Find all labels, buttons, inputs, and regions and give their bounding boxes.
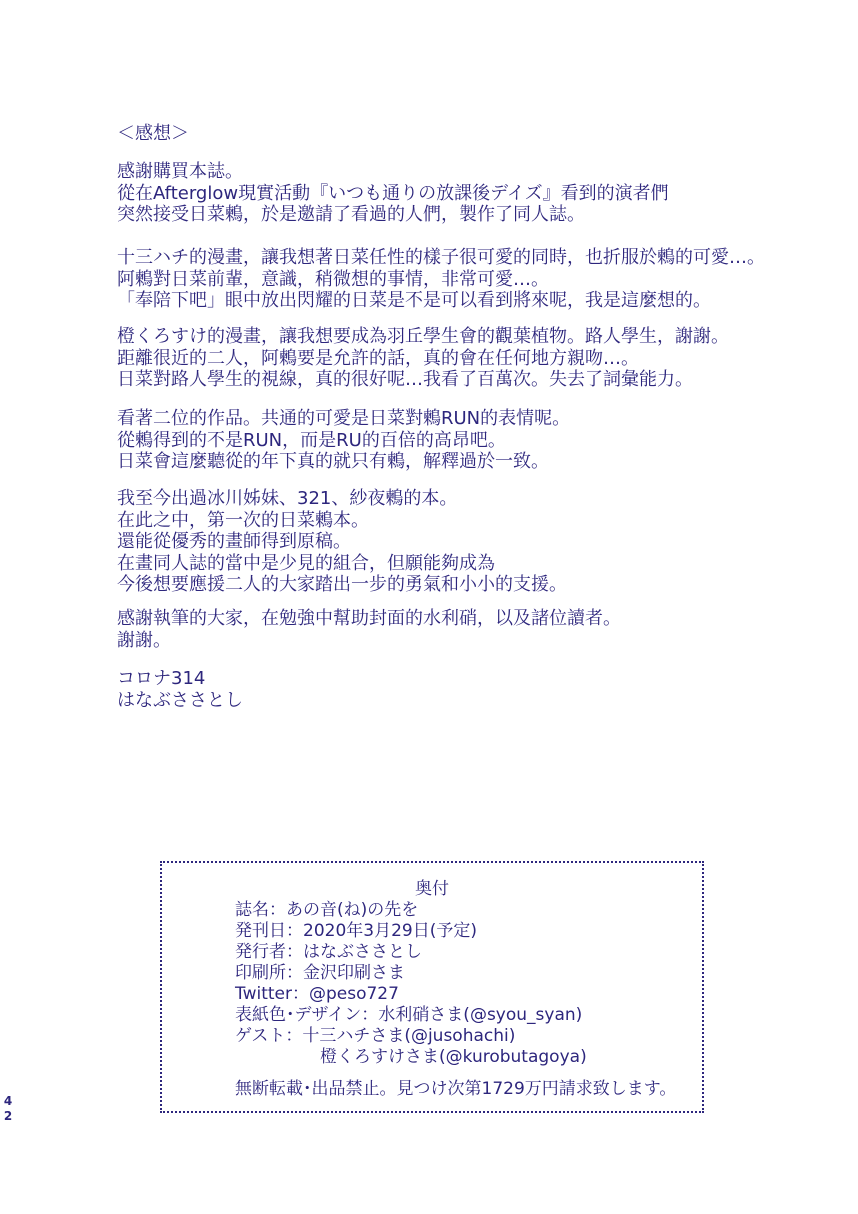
paragraph-history: 我至今出過冰川姊妹、321、紗夜鶫的本。 在此之中，第一次的日菜鶫本。 還能從優… [117, 488, 567, 596]
document-page: ＜感想＞ 感謝購買本誌。 從在Afterglow現實活動『いつも通りの放課後デイ… [0, 0, 858, 1214]
colophon-line-date: 発刊日：2020年3月29日(予定) [162, 921, 702, 942]
section-heading: ＜感想＞ [117, 123, 189, 145]
text-line: 我至今出過冰川姊妹、321、紗夜鶫的本。 [117, 488, 567, 510]
page-number-digit: 2 [2, 1109, 14, 1124]
colophon-line-guest-2: 橙くろすけさま(@kurobutagoya) [162, 1047, 702, 1068]
paragraph-jusohachi: 十三ハチ的漫畫，讓我想著日菜任性的樣子很可愛的同時，也折服於鶫的可愛…。 阿鶫對… [117, 247, 765, 312]
text-line: 從鶫得到的不是RUN，而是RU的百倍的高昂吧。 [117, 430, 570, 452]
text-line: 感謝購買本誌。 [117, 161, 669, 183]
paragraph-works: 看著二位的作品。共通的可愛是日菜對鶫RUN的表情呢。 從鶫得到的不是RUN，而是… [117, 408, 570, 473]
text-line: 「奉陪下吧」眼中放出閃耀的日菜是不是可以看到將來呢，我是這麼想的。 [117, 290, 765, 312]
text-line: 日菜會這麼聽從的年下真的就只有鶫，解釋過於一致。 [117, 451, 570, 473]
text-line: 距離很近的二人，阿鶫要是允許的話，真的會在任何地方親吻…。 [117, 348, 729, 370]
colophon-line-title: 誌名：あの音(ね)の先を [162, 900, 702, 921]
text-line: 在畫同人誌的當中是少見的組合，但願能夠成為 [117, 553, 567, 575]
text-line: 還能從優秀的畫師得到原稿。 [117, 531, 567, 553]
text-line: 阿鶫對日菜前輩，意識，稍微想的事情，非常可愛…。 [117, 269, 765, 291]
paragraph-kurosuke: 橙くろすけ的漫畫，讓我想要成為羽丘學生會的觀葉植物。路人學生，謝謝。 距離很近的… [117, 326, 729, 391]
signature-circle-name: コロナ314 [117, 668, 243, 690]
colophon-line-printer: 印刷所：金沢印刷さま [162, 963, 702, 984]
signature-author-name: はなぶささとし [117, 690, 243, 712]
text-line: 看著二位的作品。共通的可愛是日菜對鶫RUN的表情呢。 [117, 408, 570, 430]
text-line: 感謝執筆的大家，在勉強中幫助封面的水利硝，以及諸位讀者。 [117, 608, 621, 630]
text-line: 從在Afterglow現實活動『いつも通りの放課後デイズ』看到的演者們 [117, 183, 669, 205]
colophon-title: 奥付 [162, 879, 702, 900]
page-number-digit: 4 [2, 1094, 14, 1109]
text-line: 在此之中，第一次的日菜鶫本。 [117, 510, 567, 532]
colophon-line-cover-design: 表紙色･デザイン：水利硝さま(@syou_syan) [162, 1005, 702, 1026]
text-line: 十三ハチ的漫畫，讓我想著日菜任性的樣子很可愛的同時，也折服於鶫的可愛…。 [117, 247, 765, 269]
text-line: 突然接受日菜鶫，於是邀請了看過的人們，製作了同人誌。 [117, 204, 669, 226]
page-number: 4 2 [2, 1094, 14, 1124]
copyright-notice: 無断転載･出品禁止。見つけ次第1729万円請求致します。 [162, 1079, 702, 1100]
paragraph-closing: 感謝執筆的大家，在勉強中幫助封面的水利硝，以及諸位讀者。 謝謝。 [117, 608, 621, 651]
text-line: 謝謝。 [117, 630, 621, 652]
colophon-box: 奥付 誌名：あの音(ね)の先を 発刊日：2020年3月29日(予定) 発行者：は… [160, 861, 704, 1113]
colophon-line-guest-1: ゲスト：十三ハチさま(@jusohachi) [162, 1026, 702, 1047]
text-line: 今後想要應援二人的大家踏出一步的勇氣和小小的支援。 [117, 574, 567, 596]
text-line: 日菜對路人學生的視線，真的很好呢…我看了百萬次。失去了詞彙能力。 [117, 369, 729, 391]
colophon-line-publisher: 発行者：はなぶささとし [162, 942, 702, 963]
text-line: 橙くろすけ的漫畫，讓我想要成為羽丘學生會的觀葉植物。路人學生，謝謝。 [117, 326, 729, 348]
signature-block: コロナ314 はなぶささとし [117, 668, 243, 711]
paragraph-thanks: 感謝購買本誌。 從在Afterglow現實活動『いつも通りの放課後デイズ』看到的… [117, 161, 669, 226]
colophon-line-twitter: Twitter：@peso727 [162, 984, 702, 1005]
